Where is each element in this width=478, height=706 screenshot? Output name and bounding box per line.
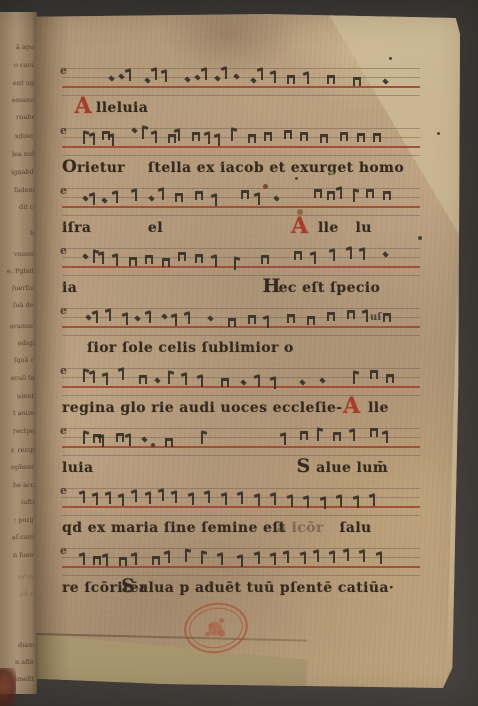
neume-c xyxy=(178,252,186,261)
neume-v xyxy=(93,372,95,383)
margin-text-fragment: imeſd xyxy=(15,676,34,683)
parchment-page: eAlleluiaeOrieturſtella ex iacob et exur… xyxy=(36,14,460,688)
staff: e xyxy=(62,548,420,582)
staff-line xyxy=(62,515,420,516)
neume-v xyxy=(366,311,368,322)
lyric-text: ſtella ex iacob et exurget homo xyxy=(148,160,404,177)
margin-text-fragment: añ v xyxy=(20,591,34,598)
neume-s xyxy=(83,370,85,382)
neume-v xyxy=(168,552,170,563)
margin-text-fragment: ent ug xyxy=(13,80,34,87)
neume-v xyxy=(106,555,108,566)
neume-p xyxy=(145,77,151,83)
margin-text-fragment: uient xyxy=(17,393,34,400)
neume-v xyxy=(109,310,111,321)
margin-text-fragment: dit c xyxy=(19,204,34,211)
neume-s xyxy=(185,550,187,562)
neume-p xyxy=(118,73,124,79)
lyric-text: rietur xyxy=(77,160,125,177)
neume-v xyxy=(340,496,342,507)
neume-v xyxy=(122,369,124,380)
neume-v xyxy=(201,376,203,387)
neume-v xyxy=(267,317,269,328)
stain-speck xyxy=(151,443,155,447)
neume-v xyxy=(314,253,316,264)
neume-v xyxy=(261,69,263,80)
staff-line xyxy=(62,68,420,69)
neume-v xyxy=(192,494,194,505)
neume-s xyxy=(168,372,170,384)
neume-c xyxy=(162,258,170,267)
neume-v xyxy=(106,374,108,385)
neume-p xyxy=(250,77,256,83)
neume-v xyxy=(225,68,227,79)
neume-c xyxy=(284,130,292,139)
margin-text-fragment: t anim xyxy=(13,410,34,417)
music-block: eAlleluiaeOrieturſtella ex iacob et exur… xyxy=(62,62,420,602)
neume-c xyxy=(366,189,374,198)
rubric-initial: A xyxy=(291,213,308,239)
neume-v xyxy=(175,492,177,503)
margin-text-fragment: eruō fa xyxy=(11,375,35,382)
clef-letter: e xyxy=(60,184,67,197)
neume-c xyxy=(139,375,147,384)
neume-v xyxy=(225,494,227,505)
stain-speck xyxy=(437,132,440,135)
neume-v xyxy=(363,551,365,562)
staff-line xyxy=(62,428,420,429)
margin-text-fragment: xduer xyxy=(15,133,34,140)
neume-v xyxy=(258,376,260,387)
staff: e xyxy=(62,188,420,222)
neume-s xyxy=(93,251,95,263)
neume-c xyxy=(347,310,355,319)
neume-c xyxy=(195,254,203,263)
neume-v xyxy=(208,492,210,503)
neume-v xyxy=(347,550,349,561)
margin-text-fragment: ã apu xyxy=(16,44,34,51)
staff: e xyxy=(62,68,420,102)
margin-text-fragment: ſquā r xyxy=(14,357,34,364)
lyric-line: luiaSalue lum̄ xyxy=(62,458,420,482)
staff: e xyxy=(62,248,420,282)
margin-text-fragment: aramar xyxy=(10,323,34,330)
neume-v xyxy=(307,73,309,84)
neume-c xyxy=(373,133,381,142)
margin-text-fragment: e. Pglad xyxy=(7,268,34,275)
lyric-text: ā icōr xyxy=(277,520,324,537)
margin-text-fragment: : porij xyxy=(14,517,34,524)
neume-v xyxy=(317,551,319,562)
staff-line xyxy=(62,575,420,576)
neume-s xyxy=(353,372,355,384)
neume-c xyxy=(287,75,295,84)
neume-c xyxy=(261,255,269,264)
neume-c xyxy=(248,315,256,324)
neume-p xyxy=(102,197,108,203)
neume-c xyxy=(287,314,295,323)
margin-text-fragment: iuſti xyxy=(21,499,34,506)
neume-p xyxy=(85,314,91,320)
rubric-initial: A xyxy=(75,93,92,119)
neume-c xyxy=(314,189,322,198)
neume-v xyxy=(175,315,177,326)
neume-v xyxy=(307,497,309,508)
neume-v xyxy=(333,250,335,261)
neume-v xyxy=(215,195,217,206)
neume-v xyxy=(284,434,286,445)
staff-line-red xyxy=(62,266,420,268)
music-system: eiaHec eſt ſpecio xyxy=(62,242,420,302)
neume-v xyxy=(363,249,365,260)
lyric-text: S xyxy=(121,575,135,598)
neume-s xyxy=(201,432,203,444)
margin-text-fragment: rectpe xyxy=(13,428,34,435)
neume-v xyxy=(373,495,375,506)
neume-c xyxy=(221,378,229,387)
neume-s xyxy=(234,258,236,270)
staff: e xyxy=(62,128,420,162)
margin-text-fragment: rnabr xyxy=(16,114,35,121)
neume-c xyxy=(152,556,160,565)
neume-v xyxy=(208,133,210,144)
neume-v xyxy=(135,491,137,502)
lyric-text: lleluia xyxy=(96,100,148,117)
margin-text-fragment: h xyxy=(30,230,34,237)
neume-s xyxy=(353,190,355,202)
neume-v xyxy=(241,493,243,504)
staff-line-red xyxy=(62,206,420,208)
margin-text-fragment: n ſueo xyxy=(13,552,34,559)
neume-c xyxy=(383,313,391,322)
lyric-text: ec eſt ſpecio xyxy=(279,280,381,297)
neume-v xyxy=(304,553,306,564)
lyric-line: regina glo rie audi uoces eccleſie-Alle xyxy=(62,398,420,422)
neume-s xyxy=(317,429,319,441)
neume-v xyxy=(274,378,276,389)
interlinear-correction: uſ xyxy=(370,312,382,323)
neume-p xyxy=(234,73,240,79)
clef-letter: e xyxy=(60,64,67,77)
neume-v xyxy=(274,72,276,83)
staff-line-red xyxy=(62,506,420,508)
margin-text-fragment: ſuerſiu xyxy=(12,285,34,292)
lyric-text: luia xyxy=(62,460,94,477)
neume-c xyxy=(165,438,173,447)
neume-v xyxy=(178,130,180,141)
neume-v xyxy=(258,495,260,506)
music-system: eqd ex maria ſine ſemine eſtā icōrſalu xyxy=(62,482,420,542)
lyric-text: ſior ſole celis ſublimior o xyxy=(87,340,294,357)
lyric-line: iaHec eſt ſpecio xyxy=(62,278,420,302)
lyric-text: alue lum̄ xyxy=(316,460,388,477)
page-fore-edge xyxy=(447,270,464,674)
neume-v xyxy=(258,553,260,564)
margin-text-fragment: o cuoı xyxy=(14,62,34,69)
lyric-text: S xyxy=(296,455,310,478)
neume-v xyxy=(102,253,104,264)
stain-speck xyxy=(389,57,392,60)
margin-text-fragment: ignabil xyxy=(11,169,34,176)
staff: e xyxy=(62,308,420,342)
neume-c xyxy=(340,132,348,141)
staff-line xyxy=(62,95,420,96)
neume-p xyxy=(300,379,306,385)
neume-v xyxy=(129,435,131,446)
music-system: eAlleluia xyxy=(62,62,420,122)
neume-c xyxy=(192,132,200,141)
neume-s xyxy=(201,552,203,564)
lyric-line: qd ex maria ſine ſemine eſtā icōrſalu xyxy=(62,518,420,542)
neume-v xyxy=(96,494,98,505)
music-system: ere ſcōritērSalua p aduēt tuū pſentē cat… xyxy=(62,542,420,602)
neume-c xyxy=(353,77,361,86)
neume-c xyxy=(327,191,335,200)
neume-c xyxy=(264,132,272,141)
neume-c xyxy=(327,312,335,321)
margin-text-fragment: edigi xyxy=(18,340,34,347)
lyric-line: Alleluia xyxy=(62,98,420,122)
neume-v xyxy=(333,552,335,563)
neume-c xyxy=(228,318,236,327)
book-edge-red xyxy=(0,668,16,706)
margin-text-fragment: nr̃ m xyxy=(18,574,34,581)
neume-v xyxy=(258,194,260,205)
neume-v xyxy=(380,553,382,564)
facing-page-edge: ã apuo cuoıent ugemanurnabrxduerlea nidi… xyxy=(0,12,37,694)
neume-c xyxy=(195,191,203,200)
staff-line xyxy=(62,548,420,549)
lyric-line: ſior ſole celis ſublimior o xyxy=(62,338,420,362)
neume-v xyxy=(135,554,137,565)
music-system: eOrieturſtella ex iacob et exurget homo xyxy=(62,122,420,182)
neume-v xyxy=(221,554,223,565)
neume-c xyxy=(383,191,391,200)
staff-line-red xyxy=(62,386,420,388)
staff-line-red xyxy=(62,146,420,148)
staff-line-red xyxy=(62,326,420,328)
neume-v xyxy=(122,495,124,506)
lyric-text: ia xyxy=(62,280,77,297)
rubric-initial: A xyxy=(343,393,360,419)
library-stamp xyxy=(180,598,251,657)
neume-v xyxy=(340,188,342,199)
neume-p xyxy=(161,313,167,319)
staff-line xyxy=(62,368,420,369)
margin-text-fragment: r. recip xyxy=(11,447,34,454)
neume-v xyxy=(357,497,359,508)
neume-v xyxy=(353,430,355,441)
margin-text-fragment: vnnen xyxy=(14,251,34,258)
staff-line xyxy=(62,155,420,156)
staff-line xyxy=(62,248,420,249)
neume-c xyxy=(175,193,183,202)
neume-c xyxy=(93,556,101,565)
staff-line xyxy=(62,395,420,396)
neume-v xyxy=(155,132,157,143)
neume-c xyxy=(386,374,394,383)
neume-v xyxy=(274,494,276,505)
staff-line xyxy=(62,215,420,216)
staff-line xyxy=(62,275,420,276)
neume-v xyxy=(135,190,137,201)
neume-p xyxy=(240,379,246,385)
neume-c xyxy=(320,134,328,143)
margin-text-fragment: aſ.cam xyxy=(12,534,34,541)
lyric-text: el xyxy=(148,220,163,237)
neume-v xyxy=(188,313,190,324)
neume-c xyxy=(333,432,341,441)
staff: e xyxy=(62,368,420,402)
neume-v xyxy=(83,554,85,565)
lyric-text: ſalu xyxy=(339,520,371,537)
neume-p xyxy=(82,253,88,259)
staff-line xyxy=(62,488,420,489)
neume-p xyxy=(155,377,161,383)
neume-v xyxy=(126,314,128,325)
neume-v xyxy=(274,554,276,565)
neume-v xyxy=(93,194,95,205)
staff-line xyxy=(62,455,420,456)
staff-line xyxy=(62,335,420,336)
margin-text-fragment: ſuā de xyxy=(13,302,34,309)
staff-line xyxy=(62,77,420,78)
lyric-text: O xyxy=(62,157,77,177)
neume-v xyxy=(149,493,151,504)
neume-p xyxy=(194,74,200,80)
staff: e xyxy=(62,428,420,462)
neume-v xyxy=(83,492,85,503)
neume-v xyxy=(350,248,352,259)
lyric-line: Orieturſtella ex iacob et exurget homo xyxy=(62,158,420,182)
neume-v xyxy=(155,69,157,80)
neume-s xyxy=(231,129,233,141)
margin-text-fragment: lea nid xyxy=(12,151,34,158)
music-system: eluiaSalue lum̄ xyxy=(62,422,420,482)
margin-text-fragment: he acc xyxy=(13,482,34,489)
manuscript-photo: ã apuo cuoıent ugemanurnabrxduerlea nidi… xyxy=(0,0,478,706)
neume-c xyxy=(116,433,124,442)
neume-c xyxy=(327,75,335,84)
neume-v xyxy=(162,490,164,501)
margin-text-fragment: emanu xyxy=(12,97,34,104)
stain-speck xyxy=(295,177,298,180)
stain-speck xyxy=(263,184,268,189)
margin-text-fragment: n aſſe xyxy=(15,659,34,666)
lyric-text: lle xyxy=(318,220,339,237)
staff-line xyxy=(62,137,420,138)
neume-v xyxy=(93,134,95,145)
neume-c xyxy=(248,134,256,143)
lyric-text: lu xyxy=(356,220,372,237)
neume-c xyxy=(168,134,176,143)
neume-v xyxy=(112,135,114,146)
staff-line xyxy=(62,377,420,378)
staff-line-red xyxy=(62,446,420,448)
margin-text-fragment: diam xyxy=(18,642,34,649)
neume-v xyxy=(109,493,111,504)
lyric-line: iſraelAllelu xyxy=(62,218,420,242)
neume-v xyxy=(116,192,118,203)
neume-v xyxy=(241,556,243,567)
neume-v xyxy=(102,436,104,447)
neume-v xyxy=(149,312,151,323)
stain-speck xyxy=(418,236,422,240)
neume-v xyxy=(165,71,167,82)
neume-p xyxy=(320,377,326,383)
clef-letter: e xyxy=(60,304,67,317)
neume-v xyxy=(218,135,220,146)
lyric-text: iſra xyxy=(62,220,91,237)
staff-line-red xyxy=(62,86,420,88)
music-system: eiſraelAllelu xyxy=(62,182,420,242)
neume-c xyxy=(241,190,249,199)
neume-s xyxy=(83,132,85,144)
neume-c xyxy=(300,431,308,440)
neume-v xyxy=(205,69,207,80)
stain-speck xyxy=(297,209,303,215)
neume-c xyxy=(119,557,127,566)
clef-letter: e xyxy=(60,424,67,437)
neume-v xyxy=(162,189,164,200)
neume-s xyxy=(142,127,144,139)
clef-letter: e xyxy=(60,124,67,137)
neume-c xyxy=(294,251,302,260)
neume-c xyxy=(129,257,137,266)
margin-text-fragment: fadem xyxy=(13,187,34,194)
neume-s xyxy=(83,432,85,444)
neume-c xyxy=(145,255,153,264)
lyric-text: regina glo rie audi uoces eccleſie- xyxy=(62,400,343,417)
clef-letter: e xyxy=(60,364,67,377)
neume-c xyxy=(300,132,308,141)
clef-letter: e xyxy=(60,484,67,497)
neume-v xyxy=(215,256,217,267)
clef-letter: e xyxy=(60,244,67,257)
music-system: eregina glo rie audi uoces eccleſie-Alle xyxy=(62,362,420,422)
music-system: eſior ſole celis ſublimior o xyxy=(62,302,420,362)
staff: e xyxy=(62,488,420,522)
neume-v xyxy=(96,312,98,323)
lyric-text: qd ex maria ſine ſemine eſt xyxy=(62,520,286,537)
margin-text-fragment: ophear xyxy=(11,464,34,471)
lyric-text: lle xyxy=(368,400,389,417)
neume-v xyxy=(386,432,388,443)
staff-line xyxy=(62,128,420,129)
neume-c xyxy=(370,428,378,437)
clef-letter: e xyxy=(60,544,67,557)
neume-c xyxy=(307,316,315,325)
neume-v xyxy=(185,374,187,385)
neume-v xyxy=(129,70,131,81)
neume-c xyxy=(370,370,378,379)
neume-v xyxy=(116,255,118,266)
neume-v xyxy=(287,552,289,563)
lyric-text: alua p aduēt tuū pſentē catiūa· xyxy=(139,580,394,597)
neume-v xyxy=(291,496,293,507)
neume-p xyxy=(382,78,388,84)
neume-c xyxy=(357,133,365,142)
neume-v xyxy=(324,498,326,509)
stain-speck xyxy=(330,171,334,175)
